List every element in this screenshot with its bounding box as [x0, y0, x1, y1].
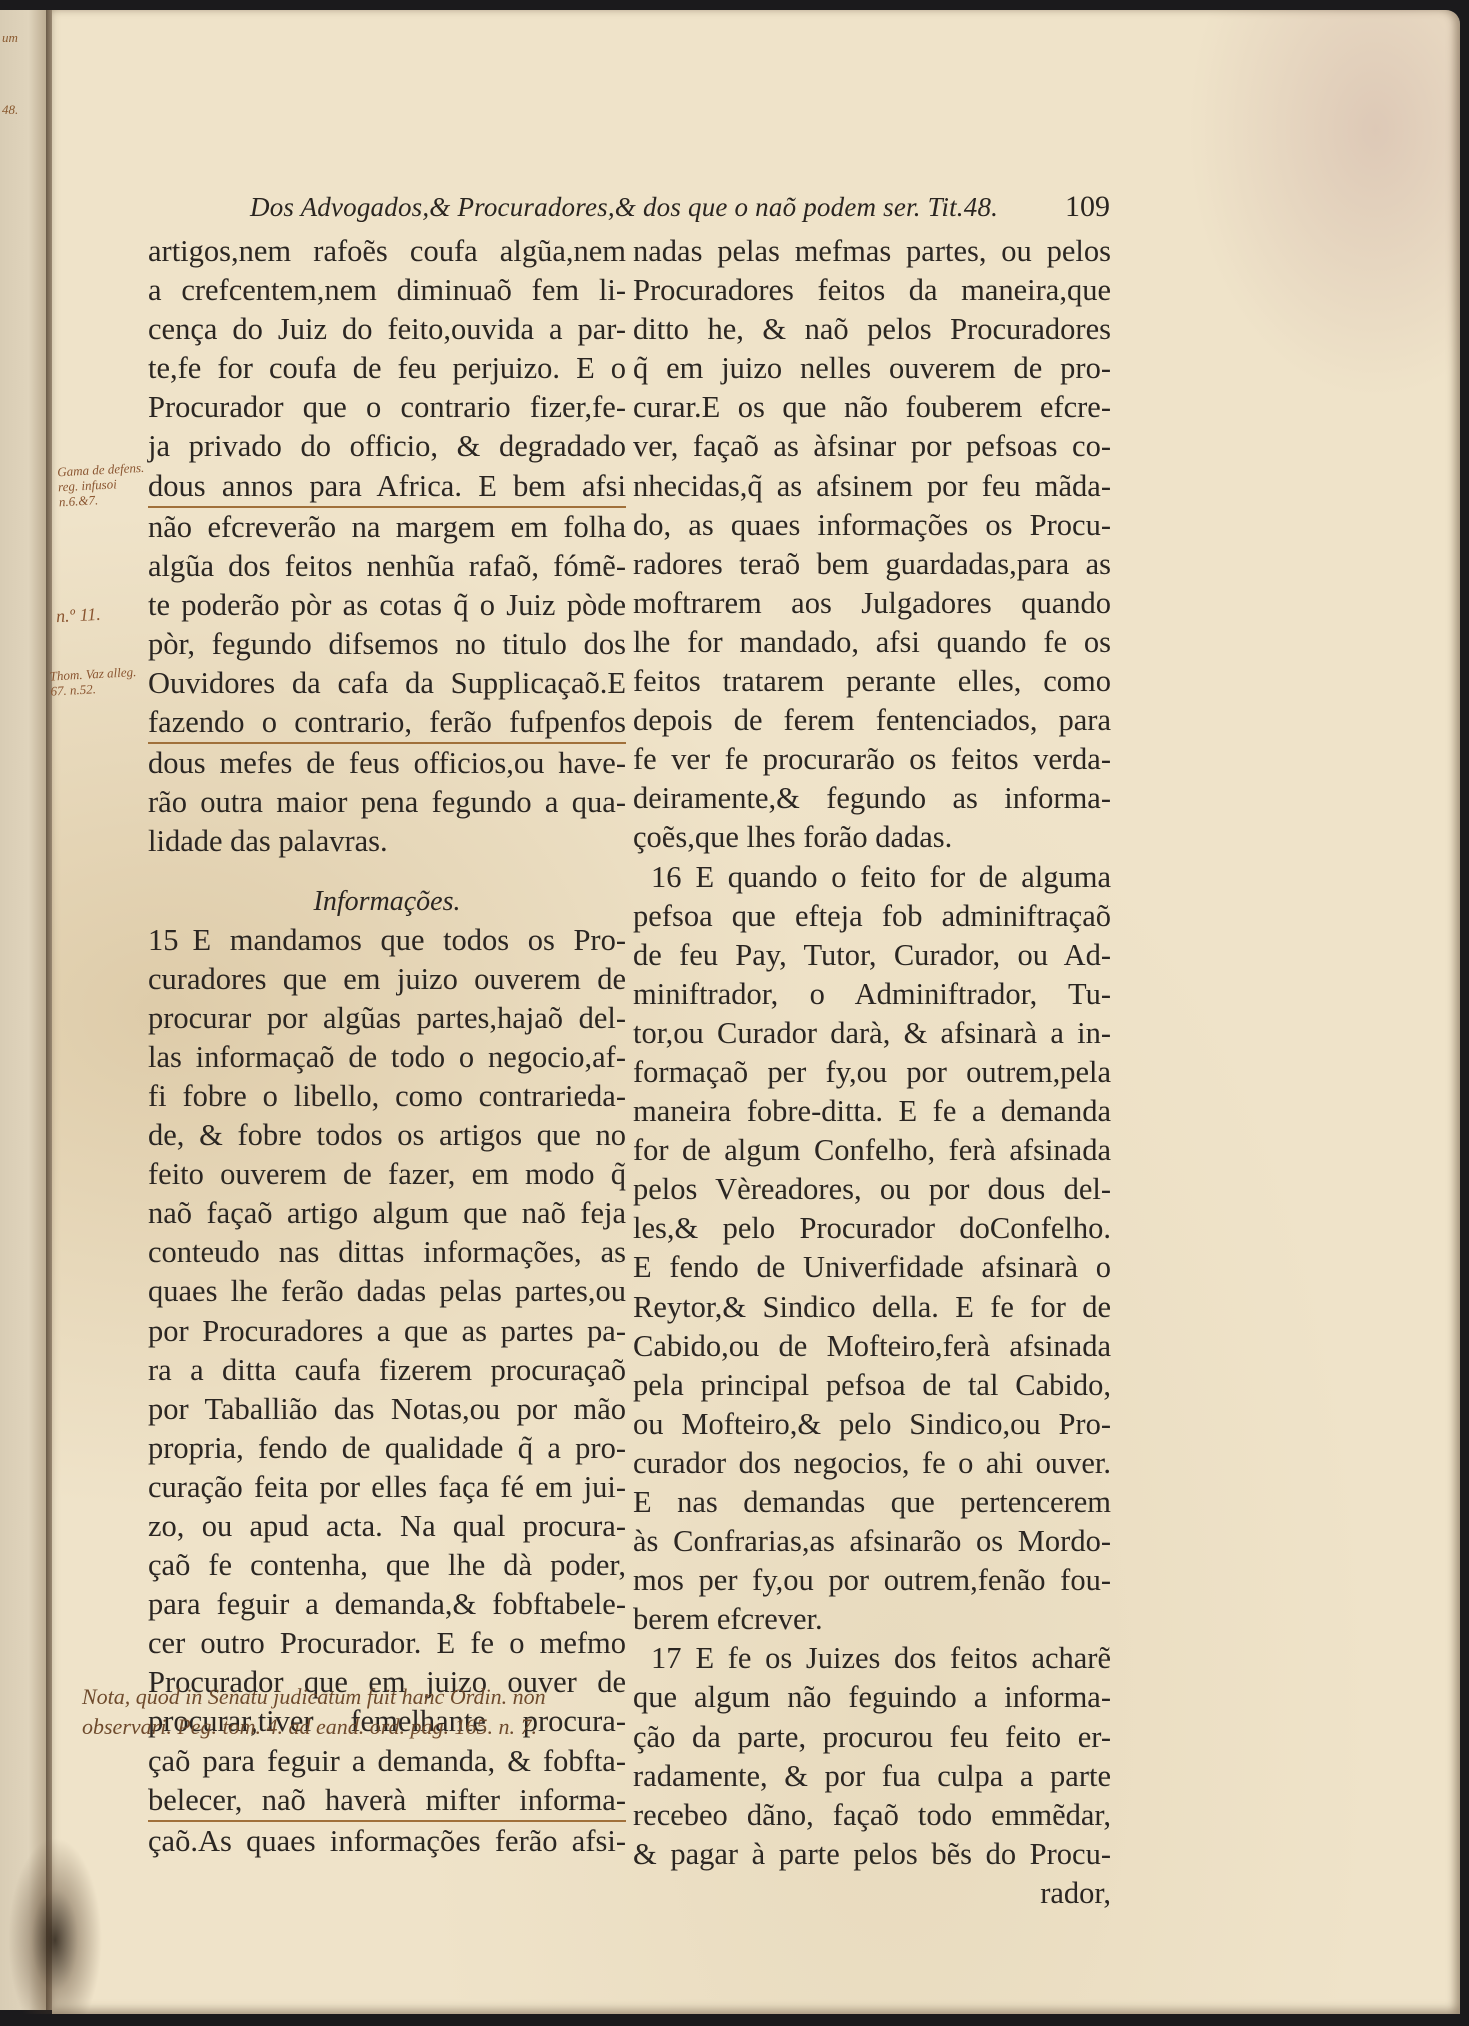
text-line: algũa dos feitos nenhũa rafaõ, fómẽ- — [148, 547, 626, 586]
paragraph-number: 15 — [148, 921, 179, 960]
text-line: que algum não feguindo a informa- — [633, 1678, 1111, 1717]
text-line: for de algum Confelho, ferà afsinada — [633, 1131, 1111, 1170]
page-number: 109 — [1065, 190, 1110, 224]
text-line: recebeo dãno, façaõ todo emmẽdar, — [633, 1796, 1111, 1835]
text-line: de, & fobre todos os artigos que no — [148, 1116, 626, 1155]
text-line: ra a ditta caufa fizerem procuraçaõ — [148, 1351, 626, 1390]
text-line: para feguir a demanda,& fobftabele- — [148, 1585, 626, 1624]
text-line: ou Mofteiro,& pelo Sindico,ou Pro- — [633, 1405, 1111, 1444]
text-line: deiramente,& fegundo as informa- — [633, 779, 1111, 818]
text-line: çaõ fe contenha, que lhe dà poder, — [148, 1546, 626, 1585]
facing-page-edge: um 48. — [0, 10, 48, 2010]
text-line: procurar por algũas partes,hajaõ del- — [148, 999, 626, 1038]
text-line: te,fe for coufa de feu perjuizo. E o — [148, 349, 626, 388]
text-line: curador dos negocios, fe o ahi ouver. — [633, 1444, 1111, 1483]
section-heading: Informações. — [148, 882, 626, 921]
text-line: E nas demandas que pertencerem — [633, 1483, 1111, 1522]
text-line: cença do Juiz do feito,ouvida a par- — [148, 310, 626, 349]
text-line: nhecidas,q̃ as afsinem por feu mãda- — [633, 467, 1111, 506]
text-line: çaõ para feguir a demanda, & fobfta- — [148, 1742, 626, 1781]
text-line: les,& pelo Procurador doConfelho. — [633, 1209, 1111, 1248]
text-line: quaes lhe ferão dadas pelas partes,ou — [148, 1272, 626, 1311]
paragraph-number: 16 — [651, 858, 682, 897]
page-damage — [0, 1820, 110, 2020]
text-line: rão outra maior pena fegundo a qua- — [148, 783, 626, 822]
footnote-line: observari. Peg. tom. 4. ad eand. ord. pa… — [82, 1712, 642, 1742]
text-line: pefsoa que efteja fob adminiftraçaõ — [633, 897, 1111, 936]
text-line: do, as quaes informações os Procu- — [633, 506, 1111, 545]
paragraph-17-first-line: 17 E fe os Juizes dos feitos acharẽ — [633, 1639, 1111, 1678]
background-edge — [0, 2014, 1469, 2026]
text-line: por Procuradores a que as partes pa- — [148, 1312, 626, 1351]
text-line: curadores que em juizo ouverem de — [148, 960, 626, 999]
facing-page-fragment: 48. — [2, 102, 18, 118]
text-line: berem efcrever. — [633, 1600, 1111, 1639]
running-head: Dos Advogados,& Procuradores,& dos que o… — [250, 190, 1110, 224]
text-line: fi fobre o libello, como contrarieda- — [148, 1077, 626, 1116]
text-line: cer outro Procurador. E fe o mefmo — [148, 1624, 626, 1663]
text-line: dous mefes de feus officios,ou have- — [148, 744, 626, 783]
text-line-underlined: belecer, naõ haverà mifter informa- — [148, 1781, 626, 1822]
text-line: conteudo nas dittas informações, as — [148, 1233, 626, 1272]
paragraph-16-first-line: 16 E quando o feito for de alguma — [633, 858, 1111, 897]
marginal-note: n.º 11. — [56, 607, 101, 624]
text-line: de feu Pay, Tutor, Curador, ou Ad- — [633, 936, 1111, 975]
text-line: lhe for mandado, afsi quando fe os — [633, 623, 1111, 662]
text-line: te poderão pòr as cotas q̃ o Juiz pòde — [148, 586, 626, 625]
text-line: às Confrarias,as afsinarão os Mordo- — [633, 1522, 1111, 1561]
text-line: çaõ.As quaes informações ferão afsi- — [148, 1822, 626, 1861]
text-line: çoẽs,que lhes forão dadas. — [633, 818, 1111, 857]
text-line: zo, ou apud acta. Na qual procura- — [148, 1507, 626, 1546]
text-line: artigos,nem rafoẽs coufa algũa,nem — [148, 232, 626, 271]
text-line: q̃ em juizo nelles ouverem de pro- — [633, 349, 1111, 388]
text-line-underlined: dous annos para Africa. E bem afsi — [148, 467, 626, 508]
footnote-line: Nota, quod in Senatu judicatum fuit hanc… — [82, 1682, 642, 1712]
text-line: Ouvidores da cafa da Supplicaçaõ.E — [148, 664, 626, 703]
text-line: curar.E os que não fouberem efcre- — [633, 388, 1111, 427]
text-line: maneira fobre-ditta. E fe a demanda — [633, 1092, 1111, 1131]
text-line: E quando o feito for de alguma — [696, 858, 1112, 897]
right-column: nadas pelas mefmas partes, ou pelos Proc… — [633, 232, 1111, 1913]
text-line: moftrarem aos Julgadores quando — [633, 584, 1111, 623]
text-line: tor,ou Curador darà, & afsinarà a in- — [633, 1014, 1111, 1053]
text-line: nadas pelas mefmas partes, ou pelos — [633, 232, 1111, 271]
text-line: E fe os Juizes dos feitos acharẽ — [696, 1639, 1112, 1678]
text-line: Procurador que o contrario fizer,fe- — [148, 388, 626, 427]
running-title: Dos Advogados,& Procuradores,& dos que o… — [250, 192, 998, 223]
catchword: rador, — [633, 1874, 1111, 1913]
text-line: mos per fy,ou por outrem,fenão fou- — [633, 1561, 1111, 1600]
text-line: Cabido,ou de Mofteiro,ferà afsinada — [633, 1327, 1111, 1366]
text-line: miniftrador, o Adminiftrador, Tu- — [633, 975, 1111, 1014]
paragraph-15-first-line: 15 E mandamos que todos os Pro- — [148, 921, 626, 960]
text-line: pòr, fegundo difsemos no titulo dos — [148, 625, 626, 664]
paragraph-number: 17 — [651, 1639, 682, 1678]
text-line: propria, fendo de qualidade q̃ a pro- — [148, 1429, 626, 1468]
text-line: ver, façaõ as àfsinar por pefsoas co- — [633, 427, 1111, 466]
marginal-note: Gama de defens. reg. infusoi n.6.&7. — [57, 460, 149, 510]
text-line: E mandamos que todos os Pro- — [193, 921, 627, 960]
text-line: depois de ferem fentenciados, para — [633, 701, 1111, 740]
text-line: lidade das palavras. — [148, 822, 626, 861]
left-column: artigos,nem rafoẽs coufa algũa,nem a cre… — [148, 232, 626, 1861]
text-line: Procuradores feitos da maneira,que — [633, 271, 1111, 310]
text-line: ção da parte, procurou feu feito er- — [633, 1718, 1111, 1757]
text-line: ditto he, & naõ pelos Procuradores — [633, 310, 1111, 349]
marginal-note: Thom. Vaz alleg. 67. n.52. — [49, 663, 150, 698]
facing-page-fragment: um — [2, 30, 18, 46]
text-line: ja privado do officio, & degradado — [148, 427, 626, 466]
text-line: feito ouverem de fazer, em modo q̃ — [148, 1155, 626, 1194]
text-line: naõ façaõ artigo algum que naõ feja — [148, 1194, 626, 1233]
text-line: formaçaõ per fy,ou por outrem,pela — [633, 1053, 1111, 1092]
text-line: radamente, & por fua culpa a parte — [633, 1757, 1111, 1796]
text-line: Reytor,& Sindico della. E fe for de — [633, 1288, 1111, 1327]
text-line-underlined: fazendo o contrario, ferão fufpenfos — [148, 703, 626, 744]
text-line: não efcreverão na margem em folha — [148, 508, 626, 547]
handwritten-footnote: Nota, quod in Senatu judicatum fuit hanc… — [82, 1682, 642, 1742]
text-line: radores teraõ bem guardadas,para as — [633, 545, 1111, 584]
text-line: por Taballião das Notas,ou por mão — [148, 1390, 626, 1429]
text-line: & pagar à parte pelos bẽs do Procu- — [633, 1835, 1111, 1874]
text-line: curação feita por elles faça fé em jui- — [148, 1468, 626, 1507]
text-line: las informaçaõ de todo o negocio,af- — [148, 1038, 626, 1077]
text-line: E fendo de Univerfidade afsinarà o — [633, 1248, 1111, 1287]
text-line: feitos tratarem perante elles, como — [633, 662, 1111, 701]
text-line: fe ver fe procurarão os feitos verda- — [633, 740, 1111, 779]
text-line: pela principal pefsoa de tal Cabido, — [633, 1366, 1111, 1405]
text-line: a crefcentem,nem diminuaõ fem li- — [148, 271, 626, 310]
text-line: pelos Vèreadores, ou por dous del- — [633, 1170, 1111, 1209]
